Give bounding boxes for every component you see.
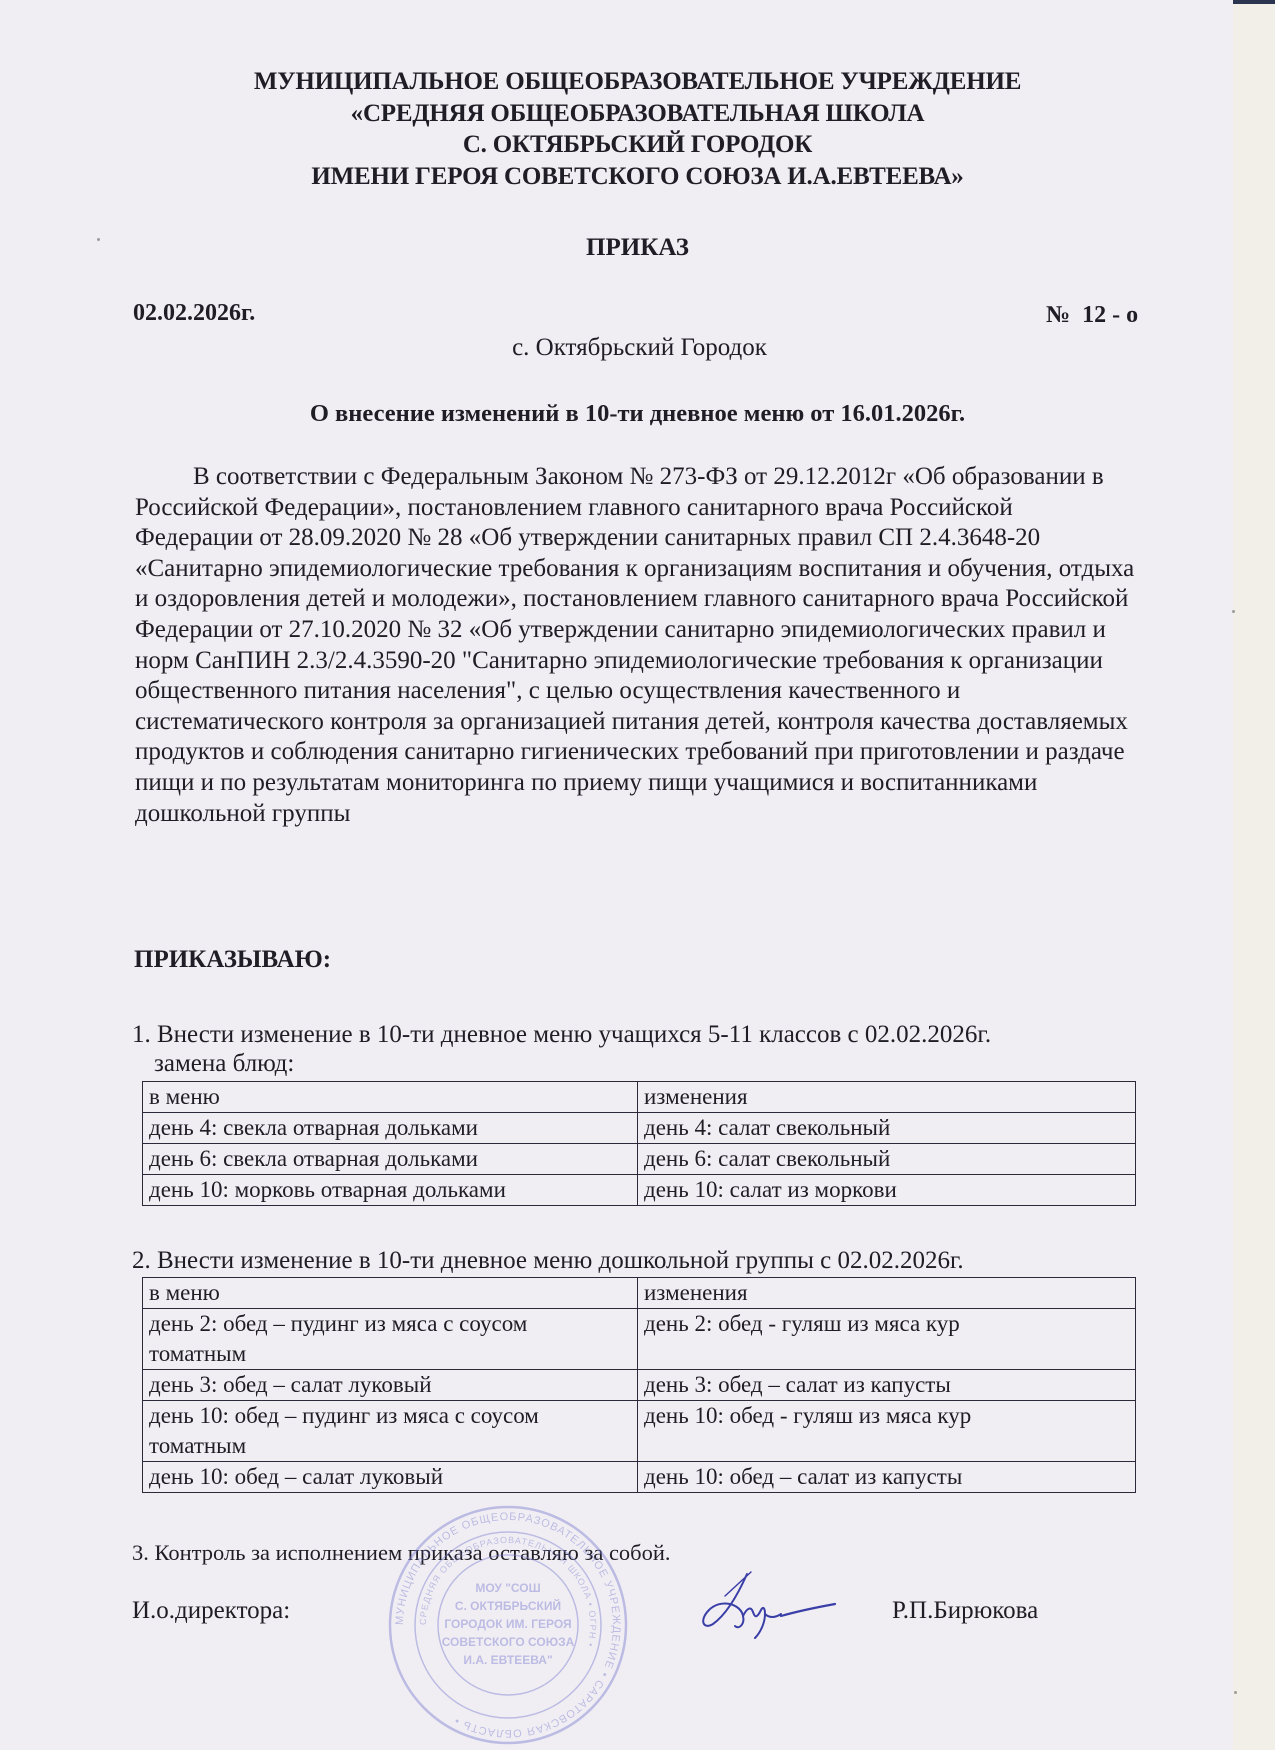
table-row: день 6: свекла отварная дольками день 6:… [143, 1144, 1136, 1175]
table-cell: день 10: обед – салат из капусты [638, 1462, 1136, 1493]
order-item-text: 1. Внести изменение в 10-ти дневное меню… [132, 1020, 1172, 1049]
institution-line: МУНИЦИПАЛЬНОЕ ОБЩЕОБРАЗОВАТЕЛЬНОЕ УЧРЕЖД… [0, 66, 1275, 98]
scan-edge-dark [1233, 0, 1275, 4]
preamble-paragraph: В соответствии с Федеральным Законом № 2… [135, 462, 1135, 829]
order-item-subtext: замена блюд: [132, 1049, 1172, 1078]
order-subject: О внесение изменений в 10-ти дневное мен… [0, 400, 1275, 428]
menu-changes-table-preschool: в меню изменения день 2: обед – пудинг и… [142, 1277, 1136, 1493]
scan-speck [1234, 1691, 1237, 1694]
signatory-title: И.о.директора: [132, 1597, 290, 1625]
table-row: день 10: обед – пудинг из мяса с соусом … [143, 1401, 1136, 1462]
table-row: день 3: обед – салат луковый день 3: обе… [143, 1370, 1136, 1401]
table-header-row: в меню изменения [143, 1082, 1136, 1113]
table-cell: день 3: обед – салат из капусты [638, 1370, 1136, 1401]
table-cell: день 2: обед – пудинг из мяса с соусом т… [143, 1309, 638, 1370]
official-stamp: МУНИЦИПАЛЬНОЕ ОБЩЕОБРАЗОВАТЕЛЬНОЕ УЧРЕЖД… [378, 1500, 638, 1750]
menu-changes-table-school: в меню изменения день 4: свекла отварная… [142, 1081, 1136, 1206]
stamp-line: С. ОКТЯБРЬСКИЙ [455, 1598, 561, 1613]
institution-line: ИМЕНИ ГЕРОЯ СОВЕТСКОГО СОЮЗА И.А.ЕВТЕЕВА… [0, 161, 1275, 193]
order-title: ПРИКАЗ [0, 234, 1275, 262]
table-cell: день 10: обед - гуляш из мяса кур [638, 1401, 1136, 1462]
table-cell: день 3: обед – салат луковый [143, 1370, 638, 1401]
table-cell: день 2: обед - гуляш из мяса кур [638, 1309, 1136, 1370]
table-cell: день 6: свекла отварная дольками [143, 1144, 638, 1175]
table-cell: день 4: салат свекольный [638, 1113, 1136, 1144]
stamp-line: МОУ "СОШ [475, 1581, 540, 1595]
stamp-line: СОВЕТСКОГО СОЮЗА [442, 1635, 575, 1649]
order-date: 02.02.2026г. [133, 300, 255, 327]
scan-speck [1232, 610, 1235, 613]
table-row: день 10: морковь отварная дольками день … [143, 1175, 1136, 1206]
institution-header: МУНИЦИПАЛЬНОЕ ОБЩЕОБРАЗОВАТЕЛЬНОЕ УЧРЕЖД… [0, 66, 1275, 192]
order-place: с. Октябрьский Городок [0, 334, 1275, 362]
scan-edge [1233, 0, 1275, 1750]
handwritten-signature [695, 1566, 855, 1646]
order-item-2: 2. Внести изменение в 10-ти дневное меню… [132, 1246, 1172, 1275]
document-page: МУНИЦИПАЛЬНОЕ ОБЩЕОБРАЗОВАТЕЛЬНОЕ УЧРЕЖД… [0, 0, 1233, 1750]
institution-line: «СРЕДНЯЯ ОБЩЕОБРАЗОВАТЕЛЬНАЯ ШКОЛА [0, 98, 1275, 130]
signatory-name: Р.П.Бирюкова [892, 1597, 1038, 1625]
table-header-cell: изменения [638, 1082, 1136, 1113]
orders-heading: ПРИКАЗЫВАЮ: [134, 946, 331, 974]
order-place-text: с. Октябрьский Городок [512, 334, 767, 361]
table-header-cell: в меню [143, 1082, 638, 1113]
table-cell: день 10: морковь отварная дольками [143, 1175, 638, 1206]
table-row: день 2: обед – пудинг из мяса с соусом т… [143, 1309, 1136, 1370]
table-header-cell: в меню [143, 1278, 638, 1309]
scan-speck [97, 238, 100, 241]
order-item-text: 2. Внести изменение в 10-ти дневное меню… [132, 1246, 1172, 1275]
table-row: день 10: обед – салат луковый день 10: о… [143, 1462, 1136, 1493]
stamp-line: И.А. ЕВТЕЕВА" [463, 1653, 552, 1667]
order-number: № 12 - о [1046, 302, 1138, 329]
table-cell: день 6: салат свекольный [638, 1144, 1136, 1175]
institution-line: С. ОКТЯБРЬСКИЙ ГОРОДОК [0, 129, 1275, 161]
table-cell: день 10: обед – пудинг из мяса с соусом … [143, 1401, 638, 1462]
table-cell: день 10: салат из моркови [638, 1175, 1136, 1206]
stamp-line: ГОРОДОК ИМ. ГЕРОЯ [444, 1617, 571, 1631]
table-header-cell: изменения [638, 1278, 1136, 1309]
order-item-1: 1. Внести изменение в 10-ти дневное меню… [132, 1020, 1172, 1078]
table-row: день 4: свекла отварная дольками день 4:… [143, 1113, 1136, 1144]
table-header-row: в меню изменения [143, 1278, 1136, 1309]
table-cell: день 4: свекла отварная дольками [143, 1113, 638, 1144]
table-cell: день 10: обед – салат луковый [143, 1462, 638, 1493]
